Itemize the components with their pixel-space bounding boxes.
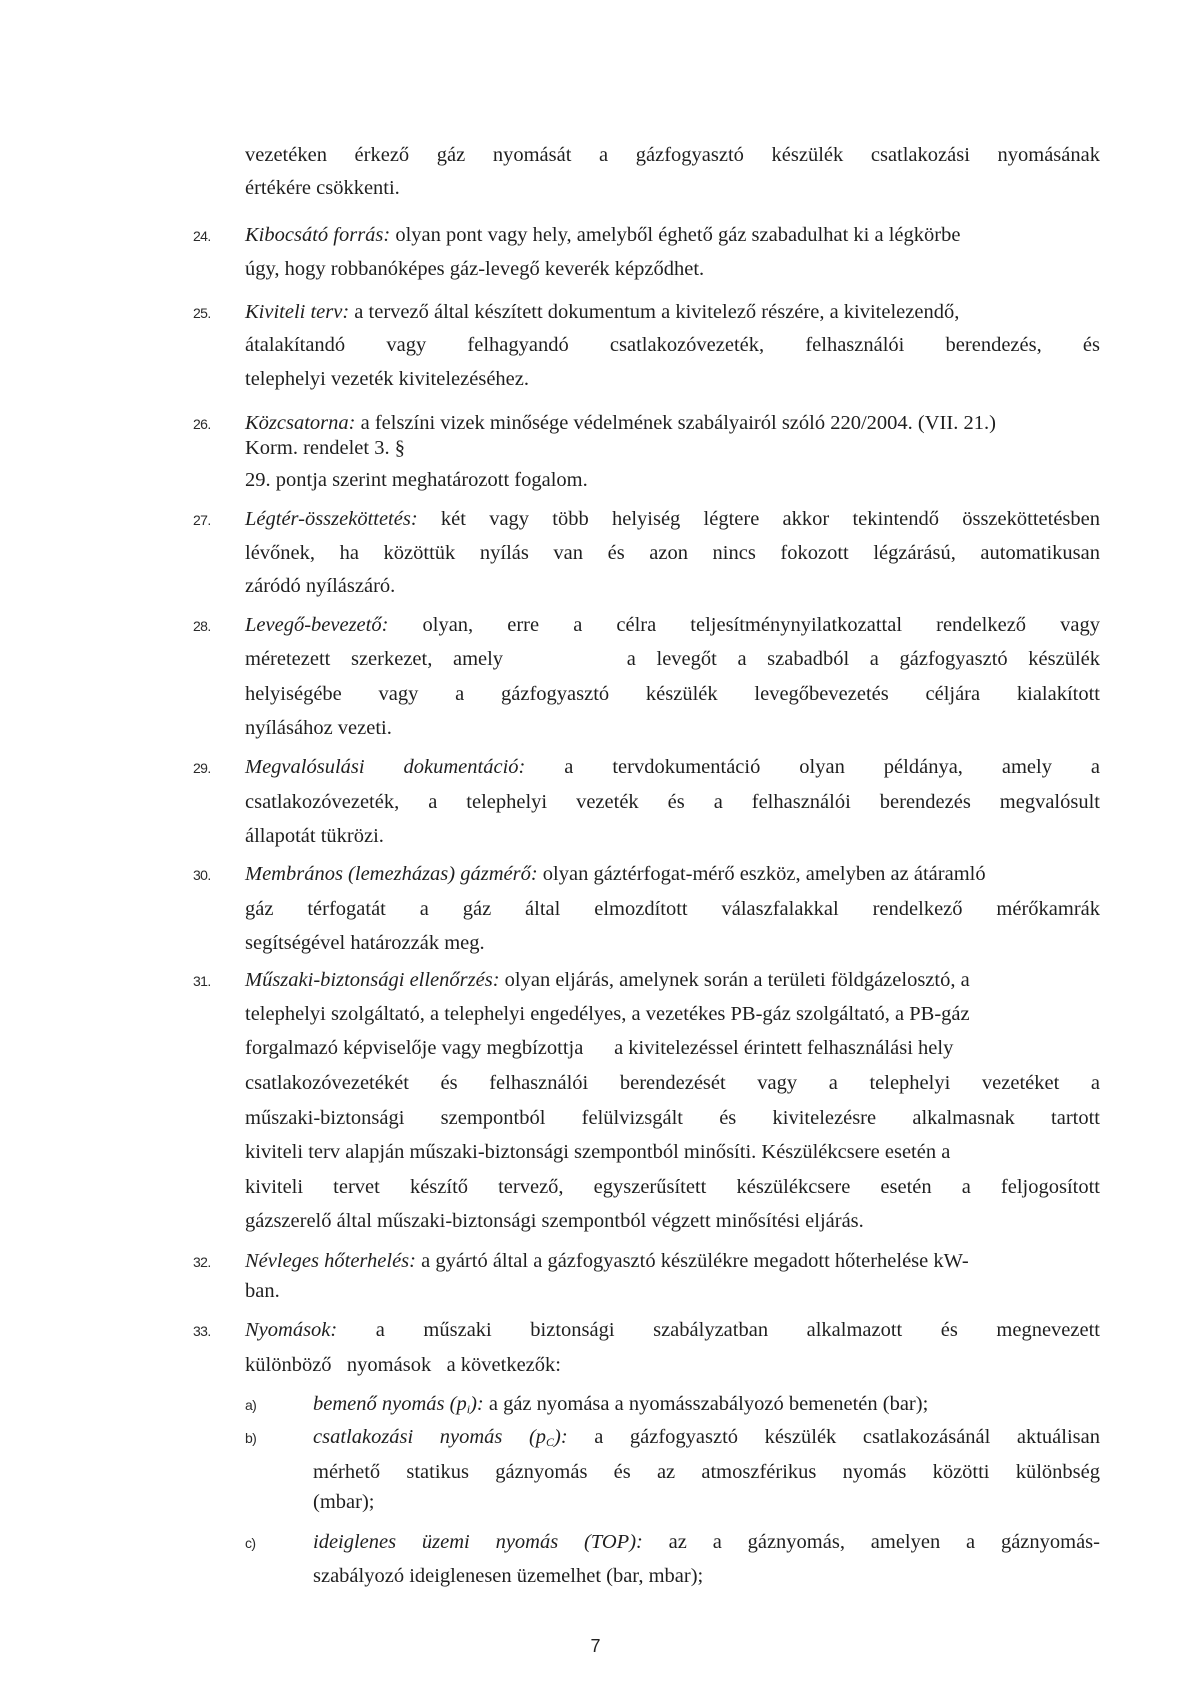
- subitem-text: a gáz nyomása a nyomásszabályozó bemenet…: [484, 1393, 929, 1415]
- definition-text: olyan eljárás, amelynek során a területi…: [500, 969, 970, 991]
- definition-text: olyan, erre a célra teljesítménynyilatko…: [388, 614, 1100, 636]
- definition-line: forgalmazó képviselője vagy megbízottja …: [245, 1036, 953, 1060]
- definition-text: olyan gáztérfogat-mérő eszköz, amelyben …: [538, 863, 986, 885]
- definition-term: Levegő-bevezető:: [245, 614, 388, 636]
- item-number: 30.: [193, 863, 211, 887]
- item-number: 27.: [193, 508, 211, 532]
- definition-line: helyiségébe vagy a gázfogyasztó készülék…: [245, 682, 1100, 706]
- item-number: 31.: [193, 969, 211, 993]
- subitem-line: mérhető statikus gáznyomás és az atmoszf…: [313, 1460, 1100, 1484]
- term-end: ):: [554, 1426, 568, 1448]
- definition-text: a tervező által készített dokumentum a k…: [349, 301, 959, 323]
- definition-line: kiviteli terv alapján műszaki-biztonsági…: [245, 1140, 950, 1164]
- definition-line: 29. pontja szerint meghatározott fogalom…: [245, 468, 588, 492]
- subitem-label: c): [245, 1531, 255, 1555]
- subitem-term: bemenő nyomás (pi):: [313, 1393, 484, 1415]
- definition-line: úgy, hogy robbanóképes gáz-levegő keveré…: [245, 257, 704, 281]
- item-number: 29.: [193, 756, 211, 780]
- definition-line: műszaki-biztonsági szempontból felülvizs…: [245, 1106, 1100, 1130]
- definition-line: gázszerelő által műszaki-biztonsági szem…: [245, 1209, 864, 1233]
- definition-term: Membrános (lemezházas) gázmérő:: [245, 863, 538, 885]
- definition-term: Műszaki-biztonsági ellenőrzés:: [245, 969, 500, 991]
- item-number: 33.: [193, 1319, 211, 1343]
- definition-line: különböző nyomások a következők:: [245, 1353, 561, 1377]
- definition-text: a műszaki biztonsági szabályzatban alkal…: [337, 1319, 1100, 1341]
- subitem-a: bemenő nyomás (pi): a gáz nyomása a nyom…: [313, 1392, 928, 1421]
- definition-line: átalakítandó vagy felhagyandó csatlakozó…: [245, 333, 1100, 357]
- definition-line: segítségével határozzák meg.: [245, 931, 485, 955]
- item-number: 24.: [193, 224, 211, 248]
- item-number: 32.: [193, 1250, 211, 1274]
- term-subscript: C: [546, 1435, 554, 1449]
- definition-text: a tervdokumentáció olyan példánya, amely…: [525, 756, 1100, 778]
- subitem-text: a gázfogyasztó készülék csatlakozásánál …: [568, 1426, 1100, 1448]
- definition-line: ban.: [245, 1279, 280, 1303]
- subitem-b: csatlakozási nyomás (pC): a gázfogyasztó…: [313, 1425, 1100, 1454]
- subitem-text: az a gáznyomás, amelyen a gáznyomás-: [643, 1531, 1100, 1553]
- definition-line: gáz térfogatát a gáz által elmozdított v…: [245, 897, 1100, 921]
- definition-text: két vagy több helyiség légtere akkor tek…: [418, 508, 1100, 530]
- definition-term: Kibocsátó forrás:: [245, 224, 390, 246]
- definition-line: csatlakozóvezetékét és felhasználói bere…: [245, 1071, 1100, 1095]
- definition-26: Közcsatorna: a felszíni vizek minősége v…: [245, 411, 996, 435]
- term-text: csatlakozási nyomás (p: [313, 1426, 546, 1448]
- definition-32: Névleges hőterhelés: a gyártó által a gá…: [245, 1249, 969, 1273]
- definition-line: csatlakozóvezeték, a telephelyi vezeték …: [245, 790, 1100, 814]
- document-page: vezetéken érkező gáz nyomását a gázfogya…: [0, 0, 1191, 1684]
- subitem-line: szabályozó ideiglenesen üzemelhet (bar, …: [313, 1564, 703, 1588]
- definition-27: Légtér-összeköttetés: két vagy több hely…: [245, 507, 1100, 531]
- subitem-label: a): [245, 1393, 256, 1417]
- definition-24: Kibocsátó forrás: olyan pont vagy hely, …: [245, 223, 960, 247]
- definition-term: Légtér-összeköttetés:: [245, 508, 418, 530]
- definition-text: a felszíni vizek minősége védelmének sza…: [355, 412, 995, 434]
- definition-28: Levegő-bevezető: olyan, erre a célra tel…: [245, 613, 1100, 637]
- term-text: ideiglenes üzemi nyomás (TOP):: [313, 1531, 643, 1553]
- definition-29: Megvalósulási dokumentáció: a tervdokume…: [245, 755, 1100, 779]
- subitem-c: ideiglenes üzemi nyomás (TOP): az a gázn…: [313, 1530, 1100, 1559]
- definition-31: Műszaki-biztonsági ellenőrzés: olyan elj…: [245, 968, 970, 992]
- definition-33: Nyomások: a műszaki biztonsági szabályza…: [245, 1318, 1100, 1342]
- subitem-label: b): [245, 1426, 256, 1450]
- page-number: 7: [0, 1636, 1191, 1657]
- definition-line: záródó nyílászáró.: [245, 574, 395, 598]
- item-number: 28.: [193, 614, 211, 638]
- subitem-term: csatlakozási nyomás (pC):: [313, 1426, 568, 1448]
- continuation-line: vezetéken érkező gáz nyomását a gázfogya…: [245, 143, 1100, 167]
- definition-text: a gyártó által a gázfogyasztó készülékre…: [416, 1250, 969, 1272]
- definition-line: Korm. rendelet 3. §: [245, 436, 405, 460]
- definition-term: Nyomások:: [245, 1319, 337, 1341]
- continuation-line: értékére csökkenti.: [245, 176, 400, 200]
- definition-term: Kiviteli terv:: [245, 301, 349, 323]
- definition-line: telephelyi vezeték kivitelezéséhez.: [245, 367, 529, 391]
- subitem-term: ideiglenes üzemi nyomás (TOP):: [313, 1531, 643, 1553]
- definition-text: olyan pont vagy hely, amelyből éghető gá…: [390, 224, 960, 246]
- definition-line: telephelyi szolgáltató, a telephelyi eng…: [245, 1002, 970, 1026]
- definition-25: Kiviteli terv: a tervező által készített…: [245, 300, 959, 324]
- subitem-line: (mbar);: [313, 1490, 374, 1514]
- definition-line: állapotát tükrözi.: [245, 824, 384, 848]
- definition-term: Névleges hőterhelés:: [245, 1250, 416, 1272]
- definition-30: Membrános (lemezházas) gázmérő: olyan gá…: [245, 862, 986, 886]
- definition-line: lévőnek, ha közöttük nyílás van és azon …: [245, 541, 1100, 565]
- term-text: bemenő nyomás (p: [313, 1393, 467, 1415]
- definition-term: Közcsatorna:: [245, 412, 355, 434]
- definition-term: Megvalósulási dokumentáció:: [245, 756, 525, 778]
- item-number: 25.: [193, 301, 211, 325]
- definition-line: nyílásához vezeti.: [245, 716, 392, 740]
- term-end: ):: [470, 1393, 484, 1415]
- definition-line: kiviteli tervet készítő tervező, egyszer…: [245, 1175, 1100, 1199]
- definition-line: méretezett szerkezet, amely a levegőt a …: [245, 647, 1100, 671]
- item-number: 26.: [193, 412, 211, 436]
